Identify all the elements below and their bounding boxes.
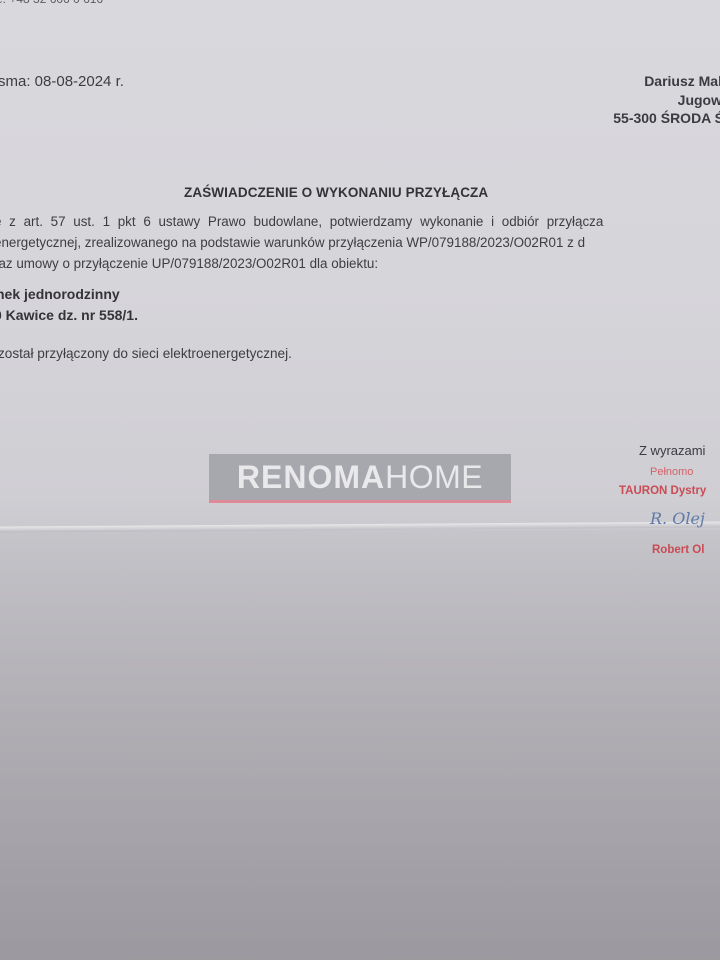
object-type: nek jednorodzinny: [0, 286, 120, 302]
signer-name: Robert Ol: [652, 544, 704, 556]
body-line: e z art. 57 ust. 1 pkt 6 ustawy Prawo bu…: [0, 214, 603, 229]
body-line: raz umowy o przyłączenie UP/079188/2023/…: [0, 256, 378, 271]
document-date: sma: 08-08-2024 r.: [0, 73, 124, 90]
object-location: 0 Kawice dz. nr 558/1.: [0, 307, 138, 323]
body-line: energetycznej, zrealizowanego na podstaw…: [0, 235, 585, 250]
watermark-brand-bold: RENOMA: [237, 459, 385, 496]
signature-role: Pełnomo: [650, 466, 693, 478]
handwritten-signature: R. Olej: [650, 509, 705, 528]
closing-statement: został przyłączony do sieci elektroenerg…: [0, 346, 292, 361]
phone-number: e: +48 32 606 0 616: [0, 0, 103, 6]
document-title: ZAŚWIADCZENIE O WYKONANIU PRZYŁĄCZA: [184, 185, 488, 200]
recipient-city: 55-300 ŚRODA Ś: [613, 110, 720, 126]
signature-greeting: Z wyrazami: [639, 443, 705, 458]
renomahome-watermark: RENOMAHOME: [209, 454, 511, 503]
signature-company: TAURON Dystry: [619, 485, 706, 497]
recipient-street: Jugow: [678, 92, 720, 108]
recipient-name: Dariusz Mal: [644, 73, 720, 89]
paper-lower-shadow: [0, 530, 720, 960]
watermark-brand-light: HOME: [385, 459, 483, 496]
